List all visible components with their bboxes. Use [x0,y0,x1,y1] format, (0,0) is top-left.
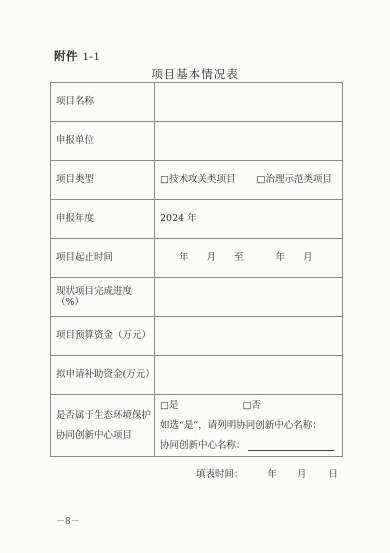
checkbox-no[interactable]: □否 [242,400,260,411]
center-name-input[interactable] [248,440,334,451]
subsidy-field[interactable] [155,356,343,395]
applicant-unit-field[interactable] [155,122,343,161]
hint-text: 如选“是”，请列明协同创新中心名称： [160,416,342,436]
table-row: 申报单位 [51,122,343,161]
checkbox-governance-demo[interactable]: □治理示范类项目 [257,174,332,185]
table-row: 是否属于生态环境保护协同创新中心项目 □是□否 如选“是”，请列明协同创新中心名… [51,395,343,457]
project-name-field[interactable] [155,83,343,122]
checkbox-tech-research[interactable]: □技术攻关类项目 [160,174,235,185]
checkbox-yes[interactable]: □是 [160,400,178,411]
row-label: 拟申请补助资金(万元） [51,356,155,395]
table-row: 现状项目完成进度（%） [51,278,343,317]
table-row: 拟申请补助资金(万元） [51,356,343,395]
page-title: 项目基本情况表 [0,66,390,82]
row-label: 项目名称 [51,83,155,122]
table-row: 项目起止时间 年月至年月 [51,239,343,278]
row-label: 项目起止时间 [51,239,155,278]
row-label: 现状项目完成进度（%） [51,278,155,317]
row-label: 申报单位 [51,122,155,161]
table-row: 项目类型 □技术攻关类项目 □治理示范类项目 [51,161,343,200]
innovation-center-field: □是□否 如选“是”，请列明协同创新中心名称： 协同创新中心名称： [155,395,343,457]
progress-field[interactable] [155,278,343,317]
project-period-field[interactable]: 年月至年月 [155,239,343,278]
center-name-label: 协同创新中心名称： [160,440,246,451]
table-row: 项目名称 [51,83,343,122]
table-row: 申报年度2024 年 [51,200,343,239]
row-label: 项目预算资金（万元） [51,317,155,356]
row-label: 申报年度 [51,200,155,239]
page-number: －8－ [56,514,80,527]
fill-time: 填表时间：年月日 [196,466,338,480]
budget-field[interactable] [155,317,343,356]
application-year-field[interactable]: 2024 年 [155,200,343,239]
row-label: 项目类型 [51,161,155,200]
project-info-table: 项目名称 申报单位 项目类型 □技术攻关类项目 □治理示范类项目 申报年度202… [50,82,343,457]
table-row: 项目预算资金（万元） [51,317,343,356]
project-type-field: □技术攻关类项目 □治理示范类项目 [155,161,343,200]
row-label: 是否属于生态环境保护协同创新中心项目 [51,395,155,457]
attachment-label: 附件 1-1 [54,48,100,64]
